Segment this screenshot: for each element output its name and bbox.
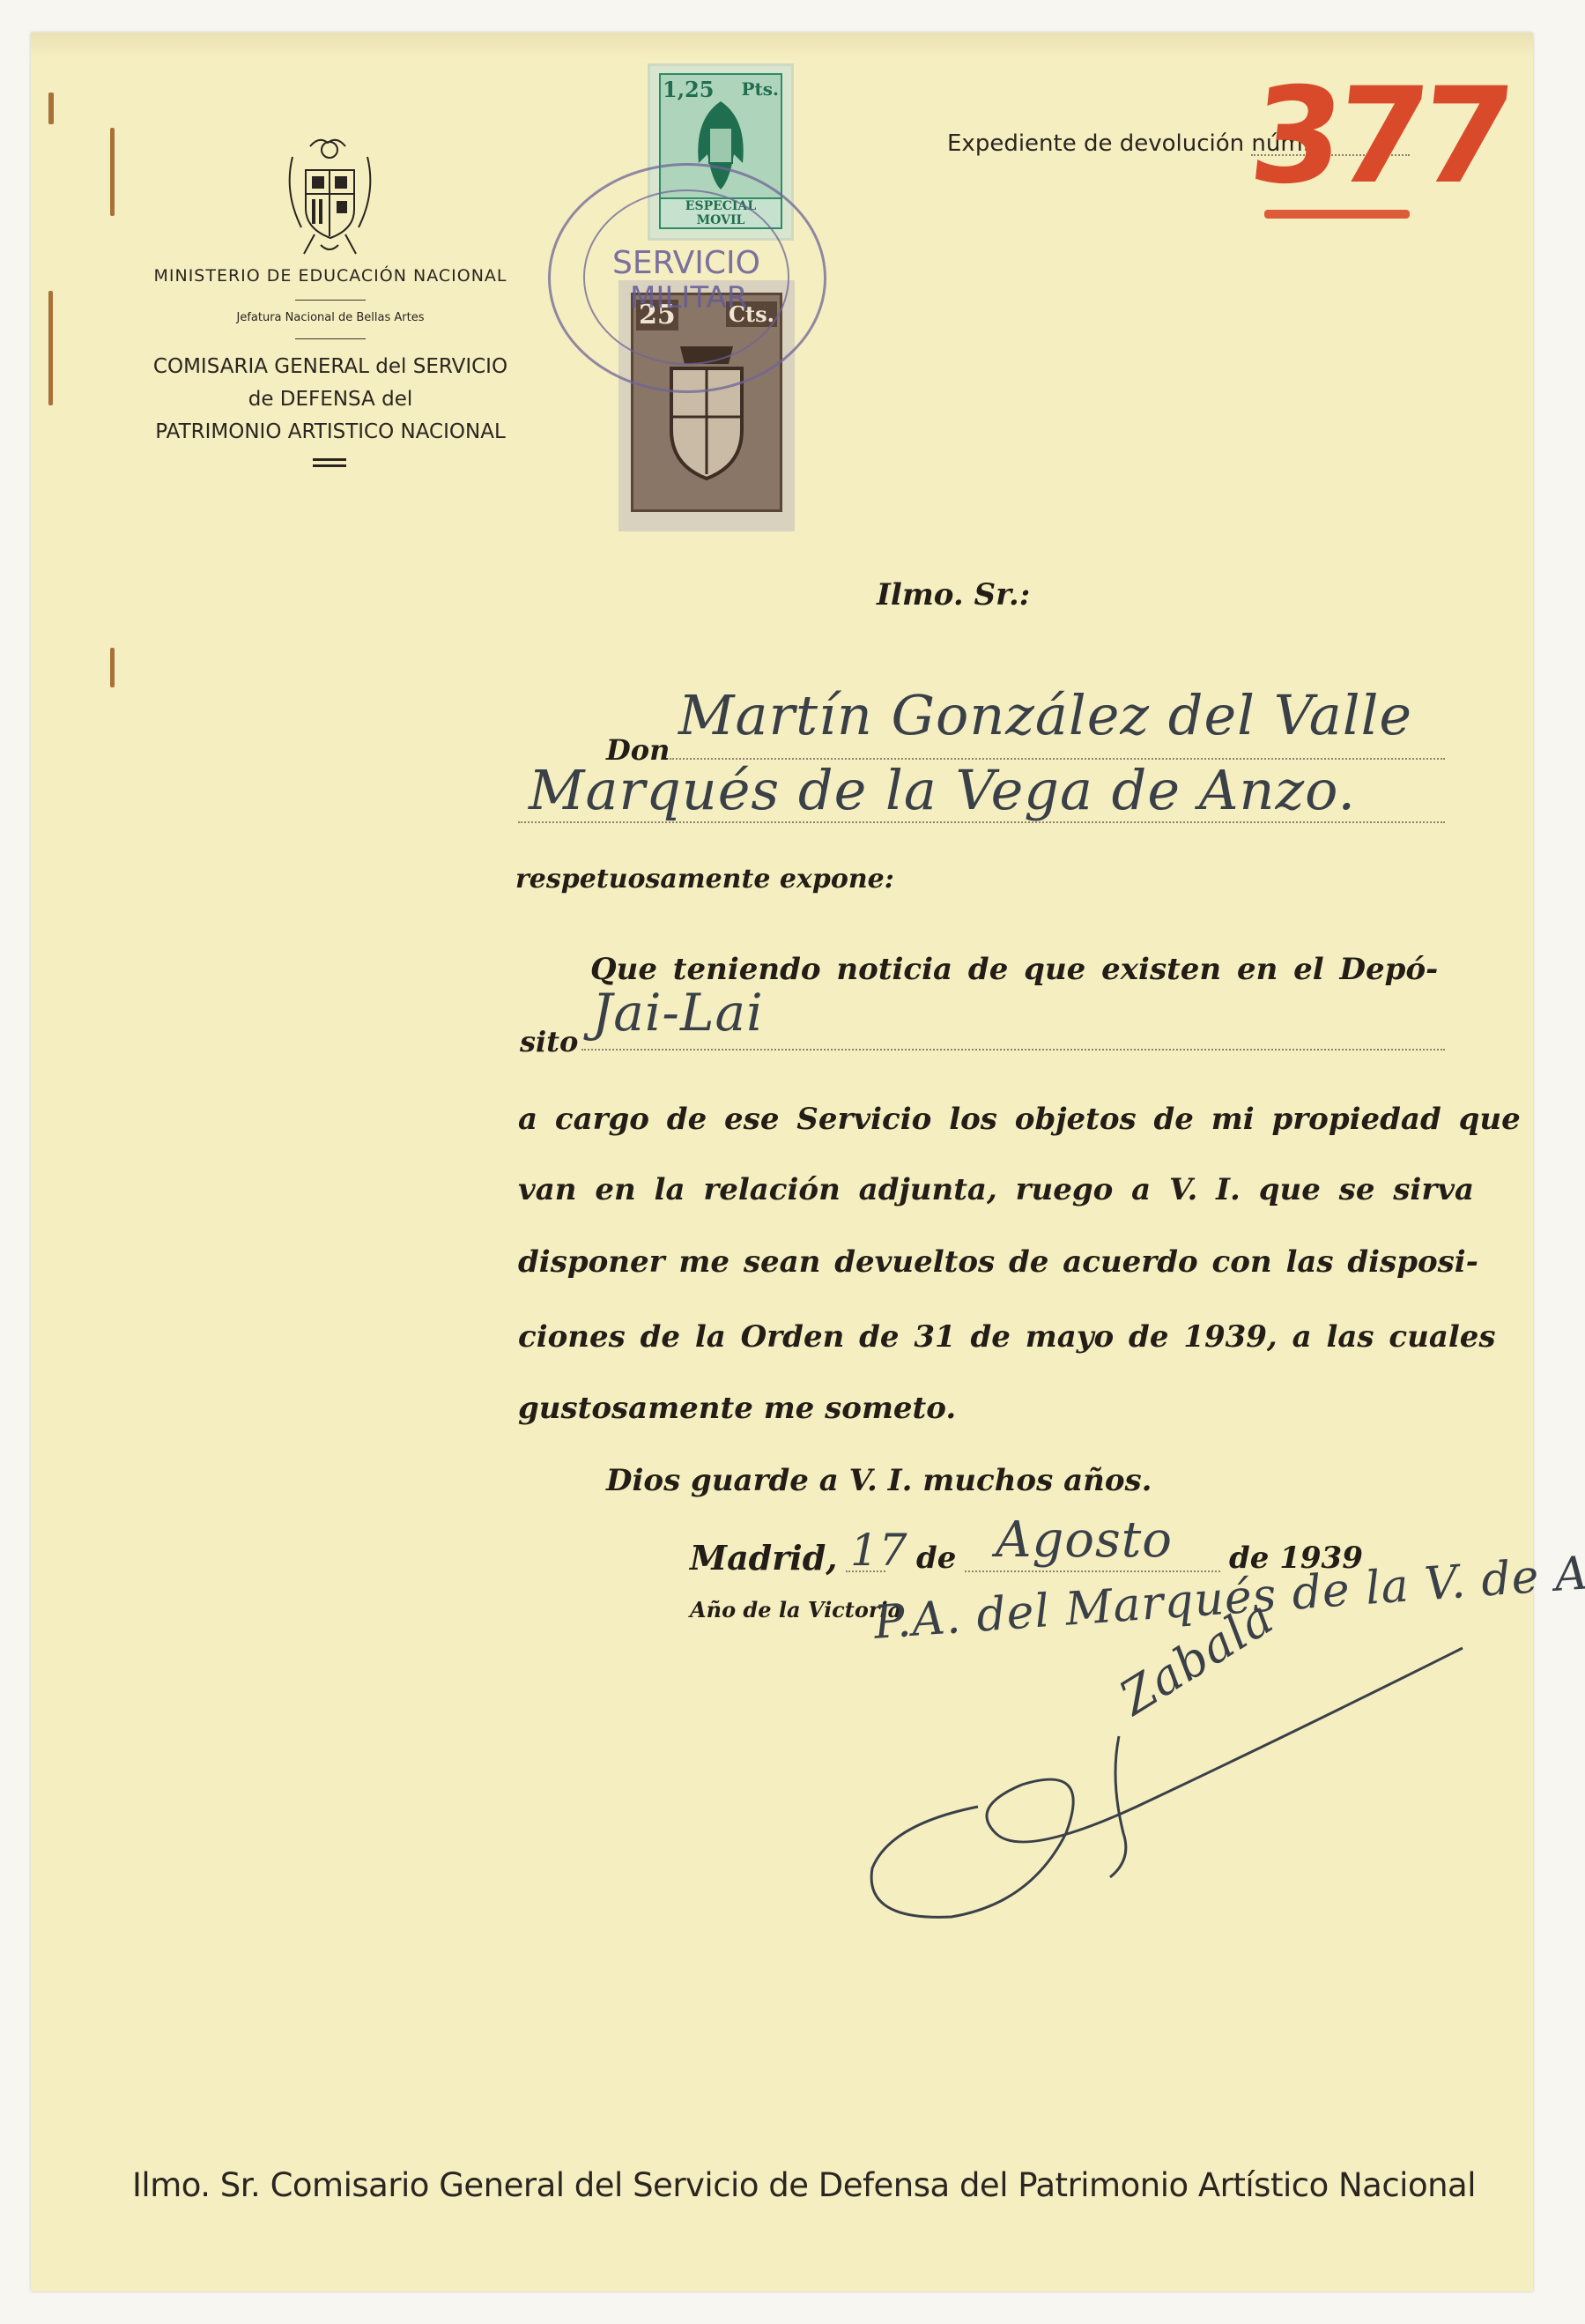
salutation: Ilmo. Sr.: (877, 577, 1030, 613)
body-line-3: a cargo de ese Servicio los objetos de m… (518, 1102, 1521, 1137)
coat-of-arms-icon (275, 130, 385, 263)
file-number-value: 377 (1244, 71, 1513, 203)
closing-line: Dios guarde a V. I. muchos años. (606, 1463, 1152, 1498)
signature-flourish-icon (846, 1630, 1480, 1921)
body-line-2-prefix: sito (520, 1025, 578, 1058)
body-line-1: Que teniendo noticia de que existen en e… (590, 952, 1438, 987)
commission-line-3: PATRIMONIO ARTISTICO NACIONAL (123, 420, 537, 443)
month-line (965, 1570, 1220, 1572)
rust-stain (110, 648, 115, 687)
divider (295, 300, 366, 301)
divider (295, 338, 366, 339)
body-intro: respetuosamente expone: (515, 864, 894, 895)
date-era: Año de la Victoria (690, 1597, 901, 1622)
petitioner-title[interactable]: Marqués de la Vega de Anzo. (529, 758, 1356, 822)
file-number-underline (1264, 210, 1410, 219)
body-line-5: disponer me sean devueltos de acuerdo co… (518, 1244, 1478, 1280)
double-rule-icon (313, 458, 346, 461)
date-month[interactable]: Agosto (996, 1511, 1173, 1569)
commission-line-2: de DEFENSA del (123, 388, 537, 411)
date-day[interactable]: 17 (850, 1525, 908, 1576)
deposit-line (581, 1049, 1445, 1051)
rust-stain (110, 128, 115, 216)
department-name: Jefatura Nacional de Bellas Artes (132, 311, 529, 324)
body-line-7: gustosamente me someto. (518, 1391, 956, 1426)
date-de: de (916, 1541, 956, 1576)
date-city: Madrid, (690, 1538, 838, 1578)
ministry-name: MINISTERIO DE EDUCACIÓN NACIONAL (132, 266, 529, 286)
postmark-line-2: MILITAR (630, 280, 747, 316)
body-line-6: ciones de la Orden de 31 de mayo de 1939… (518, 1319, 1496, 1355)
postmark-line-1: SERVICIO (612, 245, 760, 281)
body-line-4: van en la relación adjunta, ruego a V. I… (518, 1172, 1474, 1207)
rust-stain (48, 93, 54, 124)
commission-line-1: COMISARIA GENERAL del SERVICIO (123, 355, 537, 378)
rust-stain (48, 291, 53, 405)
deposit-name[interactable]: Jai-Lai (592, 983, 764, 1043)
footer-addressee: Ilmo. Sr. Comisario General del Servicio… (132, 2166, 1427, 2204)
petitioner-name[interactable]: Martín González del Valle (678, 683, 1412, 747)
